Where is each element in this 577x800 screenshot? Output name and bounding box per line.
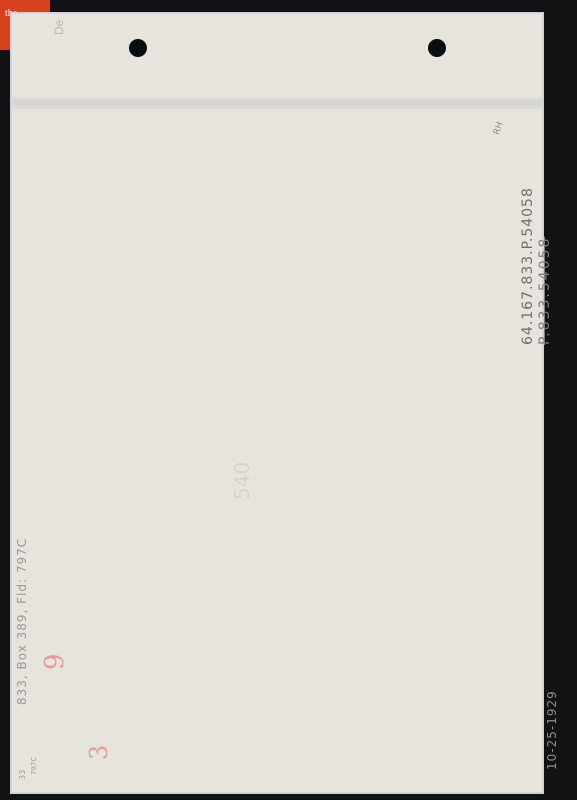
box-folder-annotation: 833, Box 389, Fld: 797C — [15, 538, 29, 705]
accession-number: 64.167.833.P.54058 — [520, 187, 536, 345]
date-annotation: 10-25-1929 — [545, 690, 559, 770]
faint-mark: 540 — [230, 462, 254, 500]
punch-hole-right — [428, 39, 446, 57]
binding-band — [11, 97, 543, 109]
old-accession-number: P.833.54058 — [537, 237, 553, 345]
small-note-2: 797C — [30, 757, 38, 775]
corner-mark: De — [52, 20, 66, 35]
red-mark-2: 3 — [85, 745, 113, 760]
document-sheet — [10, 12, 544, 794]
small-note-1: 33 — [18, 770, 27, 780]
red-mark-1: 9 — [40, 653, 70, 670]
punch-hole-left — [129, 39, 147, 57]
